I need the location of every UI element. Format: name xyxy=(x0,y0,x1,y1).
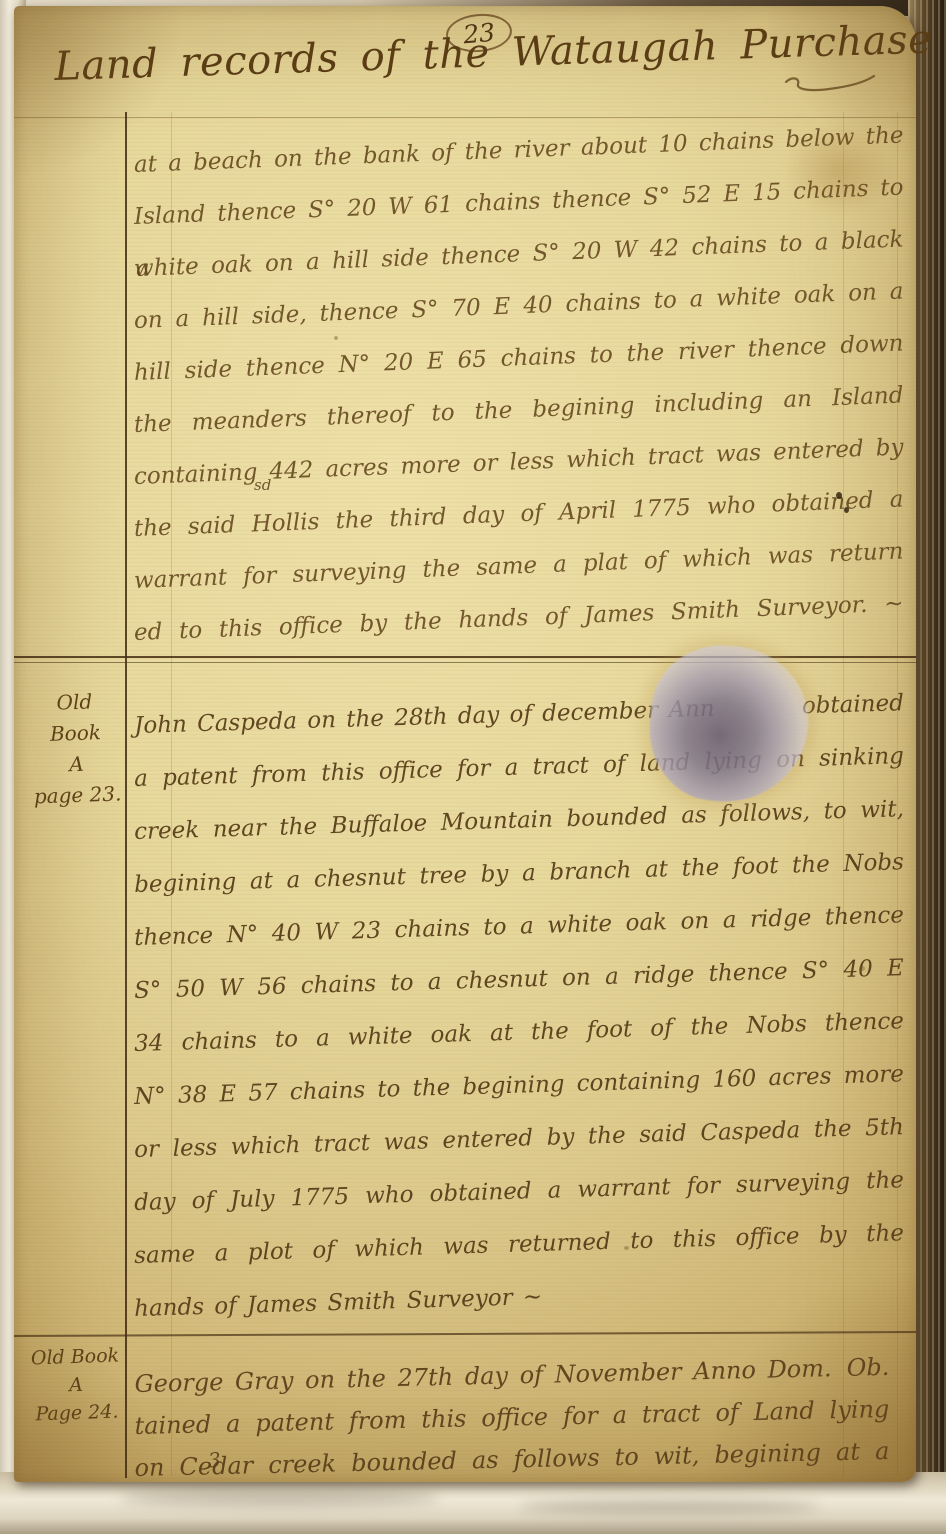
margin-rule-line xyxy=(125,112,127,1478)
margin-note-line: Page 24. xyxy=(31,1397,124,1428)
margin-note-line: page 23. xyxy=(31,778,124,812)
page-title: Land records of the Wataugah Purchase xyxy=(54,20,836,116)
line-text: day of July 1775 who obtained a warrant … xyxy=(134,1167,904,1216)
paper-speck xyxy=(624,1246,629,1250)
line-text-right: Ob. xyxy=(846,1346,890,1389)
line-text: on Cedar creek bounded as follows to wit… xyxy=(134,1437,889,1482)
line-text: S° 50 W 56 chains to a chesnut on a ridg… xyxy=(134,955,904,1004)
margin-note-old-book-a-p23: Old Book A page 23. xyxy=(28,685,124,812)
entry-block-gray: George Gray on the 27th day of November … xyxy=(135,1363,890,1489)
ink-dot xyxy=(836,492,842,499)
margin-note-old-book-a-p24: Old Book A Page 24. xyxy=(29,1341,124,1428)
entry-block-caspeda: John Caspeda on the 28th day of december… xyxy=(135,700,905,1336)
entry-block-hollis: at a beach on the bank of the river abou… xyxy=(135,139,905,659)
insertion-mark: sd xyxy=(254,476,271,494)
line-text: hands of James Smith Surveyor ~ xyxy=(134,1284,543,1322)
line-text: 34 chains to a white oak at the foot of … xyxy=(134,1008,904,1057)
fabric-fold xyxy=(520,1500,820,1514)
margin-note-line: Old Book xyxy=(29,1341,122,1372)
line-text: begining at a chesnut tree by a branch a… xyxy=(134,849,904,898)
line-text: N° 38 E 57 chains to the begining contai… xyxy=(134,1061,904,1110)
line-text: same a plot of which was returned to thi… xyxy=(134,1220,904,1269)
title-flourish xyxy=(782,66,878,100)
paper-speck xyxy=(334,336,338,340)
line-text: thence N° 40 W 23 chains to a white oak … xyxy=(134,902,904,951)
line-text: creek near the Buffaloe Mountain bounded… xyxy=(134,796,904,845)
ink-dot xyxy=(844,507,849,513)
line-text: or less which tract was entered by the s… xyxy=(134,1114,904,1163)
margin-note-line: A xyxy=(30,1369,123,1400)
line-text-right: obtained xyxy=(801,677,905,733)
paper-smudge xyxy=(784,124,896,216)
margin-note-line: A xyxy=(30,747,123,781)
manuscript-page: 23 Land records of the Wataugah Purchase… xyxy=(14,6,916,1482)
fabric-fold xyxy=(120,1490,440,1506)
margin-note-line: Old Book xyxy=(28,685,122,750)
paper-speck xyxy=(859,966,865,971)
